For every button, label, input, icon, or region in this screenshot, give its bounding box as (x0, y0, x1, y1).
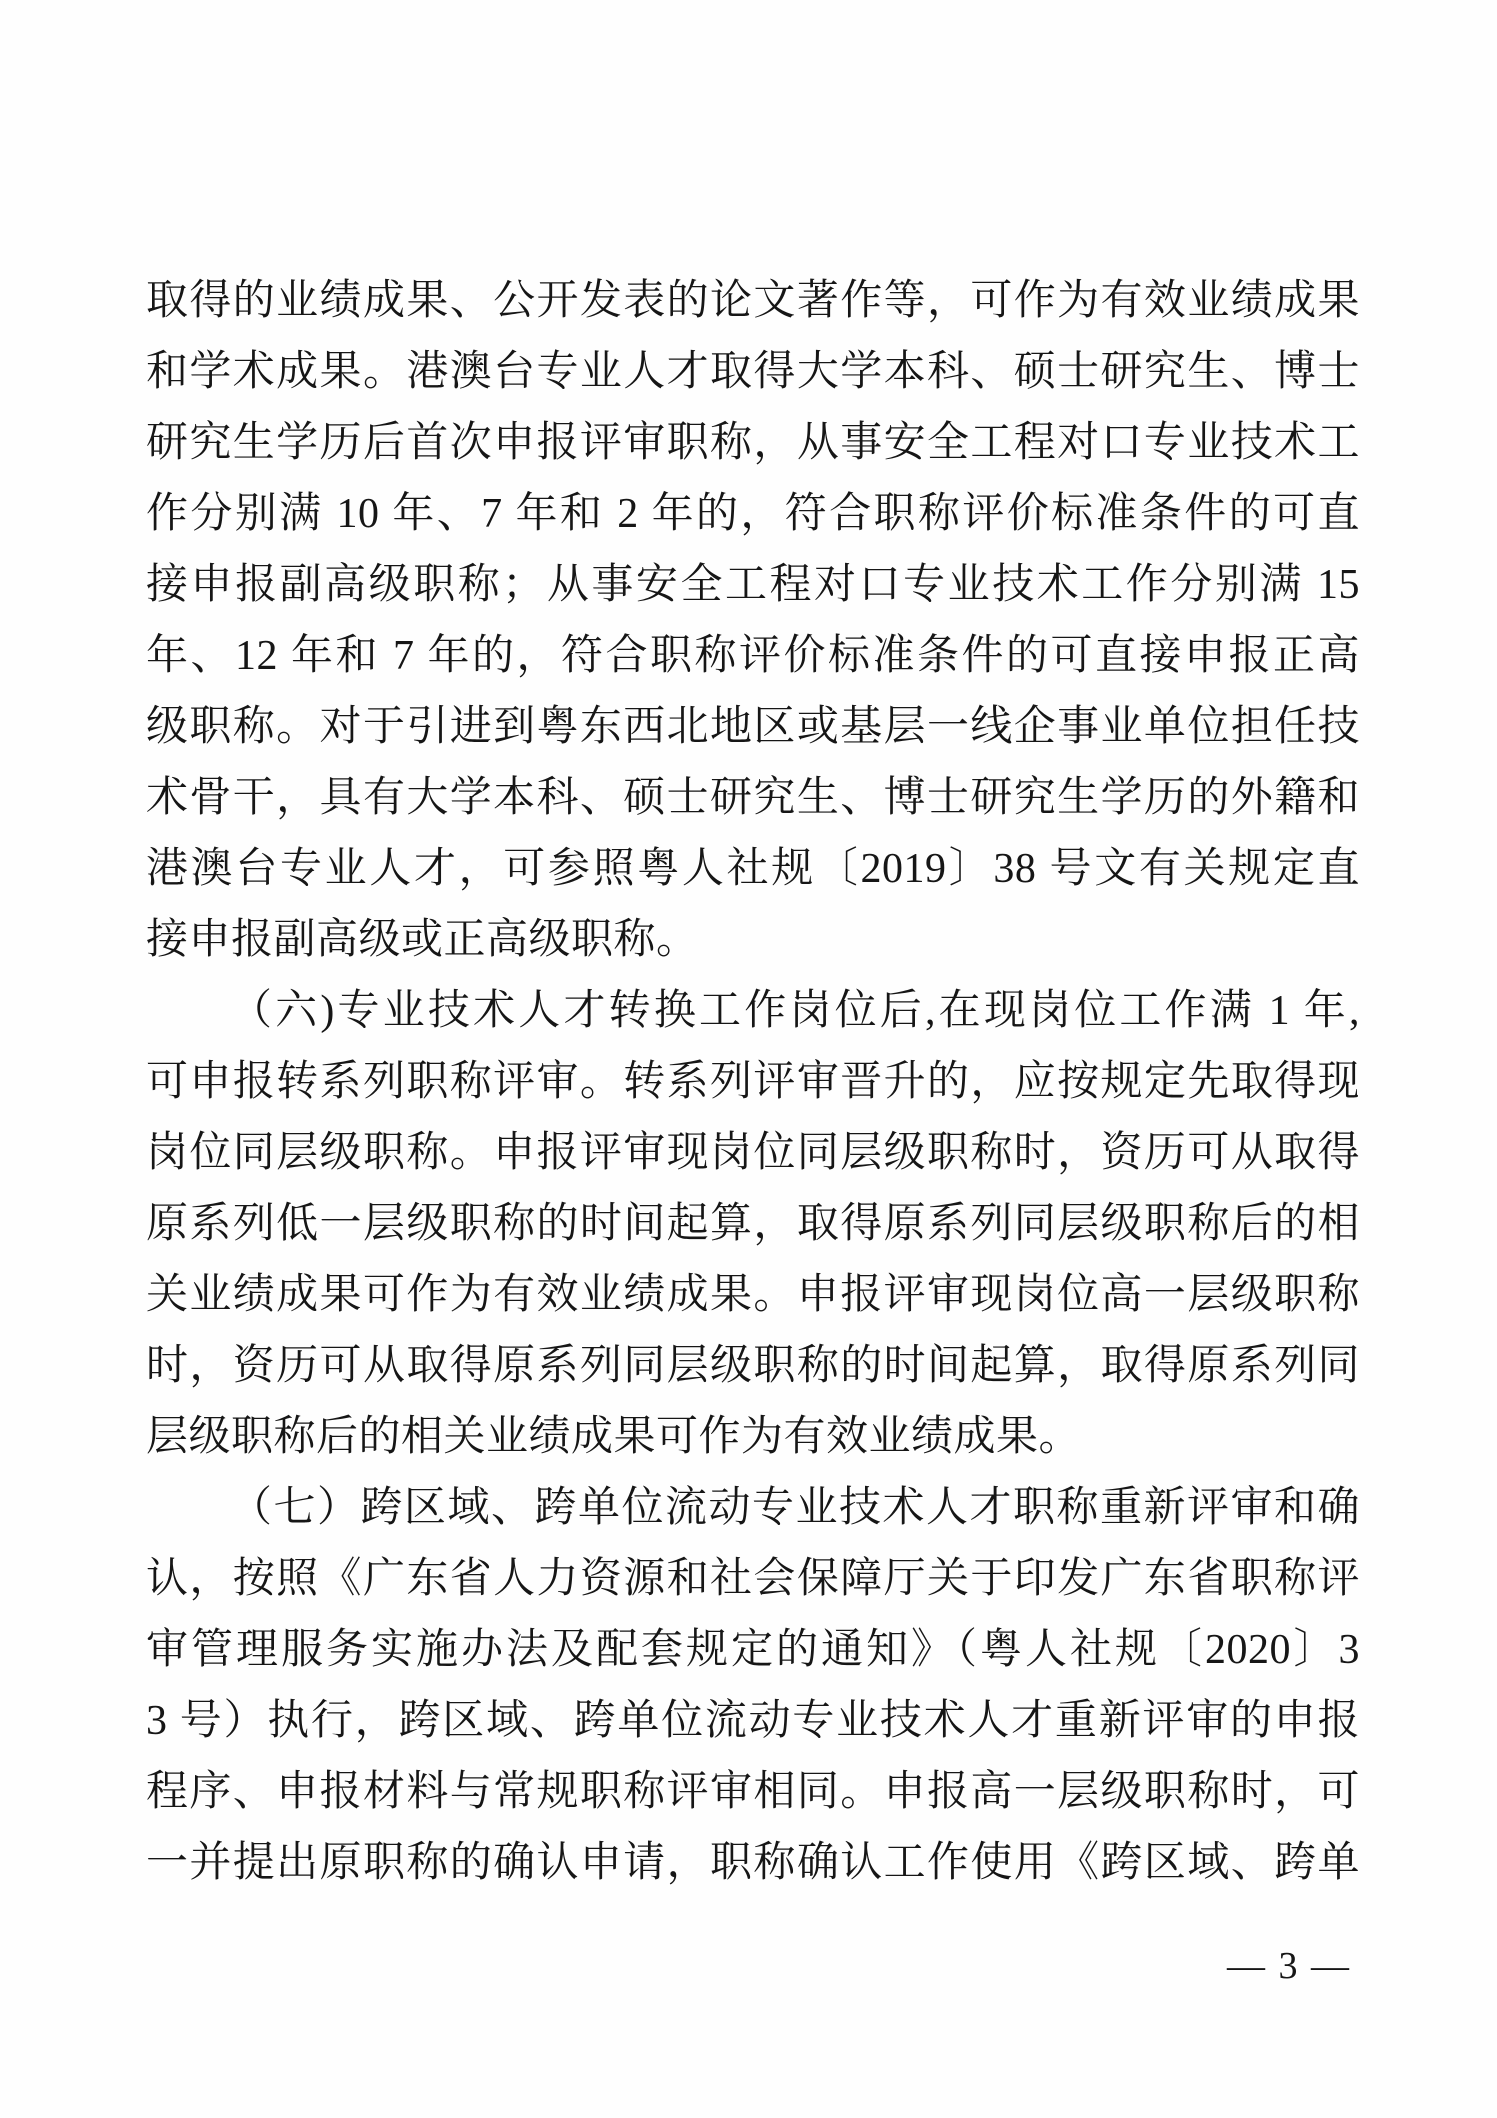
text-line: 年、12 年和 7 年的，符合职称评价标准条件的可直接申报正高 (146, 621, 1360, 692)
page-number: — 3 — (1227, 1942, 1351, 1990)
text-line: 时，资历可从取得原系列同层级职称的时间起算，取得原系列同 (146, 1331, 1360, 1402)
text-line: 和学术成果。港澳台专业人才取得大学本科、硕士研究生、博士 (146, 337, 1360, 408)
text-line: 接申报副高级职称；从事安全工程对口专业技术工作分别满 15 (146, 550, 1360, 621)
text-line: 审管理服务实施办法及配套规定的通知》（粤人社规〔2020〕3 (146, 1615, 1360, 1686)
text-line: （七）跨区域、跨单位流动专业技术人才职称重新评审和确 (146, 1473, 1360, 1544)
text-line: 接申报副高级或正高级职称。 (146, 905, 1360, 976)
text-line: 层级职称后的相关业绩成果可作为有效业绩成果。 (146, 1402, 1360, 1473)
text-line: 认，按照《广东省人力资源和社会保障厅关于印发广东省职称评 (146, 1544, 1360, 1615)
text-line: （六)专业技术人才转换工作岗位后,在现岗位工作满 1 年, (146, 976, 1360, 1047)
text-line: 作分别满 10 年、7 年和 2 年的，符合职称评价标准条件的可直 (146, 479, 1360, 550)
text-line: 取得的业绩成果、公开发表的论文著作等，可作为有效业绩成果 (146, 266, 1360, 337)
document-page: 取得的业绩成果、公开发表的论文著作等，可作为有效业绩成果 和学术成果。港澳台专业… (0, 0, 1497, 2118)
text-line: 3 号）执行，跨区域、跨单位流动专业技术人才重新评审的申报 (146, 1686, 1360, 1757)
text-line: 术骨干，具有大学本科、硕士研究生、博士研究生学历的外籍和 (146, 763, 1360, 834)
text-line: 原系列低一层级职称的时间起算，取得原系列同层级职称后的相 (146, 1189, 1360, 1260)
text-line: 可申报转系列职称评审。转系列评审晋升的，应按规定先取得现 (146, 1047, 1360, 1118)
text-line: 岗位同层级职称。申报评审现岗位同层级职称时，资历可从取得 (146, 1118, 1360, 1189)
document-body-text: 取得的业绩成果、公开发表的论文著作等，可作为有效业绩成果 和学术成果。港澳台专业… (146, 266, 1360, 1899)
text-line: 一并提出原职称的确认申请，职称确认工作使用《跨区域、跨单 (146, 1828, 1360, 1899)
text-line: 程序、申报材料与常规职称评审相同。申报高一层级职称时，可 (146, 1757, 1360, 1828)
text-line: 级职称。对于引进到粤东西北地区或基层一线企事业单位担任技 (146, 692, 1360, 763)
text-line: 研究生学历后首次申报评审职称，从事安全工程对口专业技术工 (146, 408, 1360, 479)
text-line: 港澳台专业人才，可参照粤人社规〔2019〕38 号文有关规定直 (146, 834, 1360, 905)
text-line: 关业绩成果可作为有效业绩成果。申报评审现岗位高一层级职称 (146, 1260, 1360, 1331)
